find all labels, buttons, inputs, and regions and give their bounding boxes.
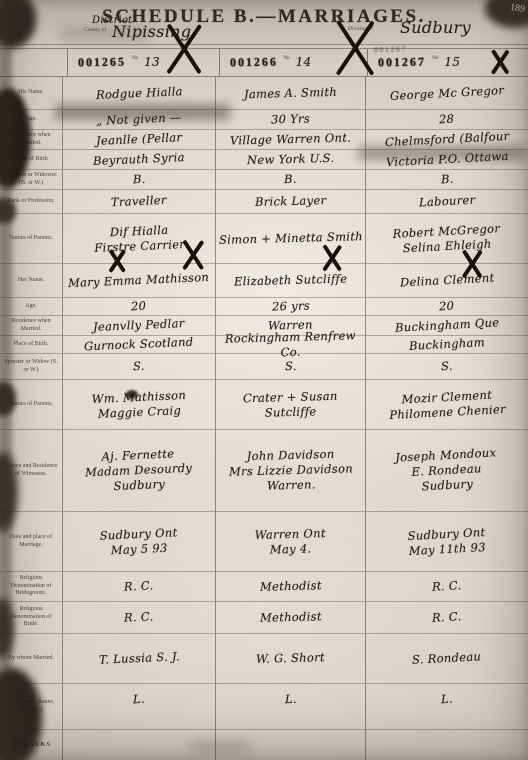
serial-stamp: 001266 (229, 55, 277, 71)
scan-smear (60, 28, 150, 40)
marriage-date-place-record-2: Warren Ont May 4. (215, 512, 365, 572)
her-parents-record-2: Crater + Susan Sutcliffe (215, 380, 365, 430)
spinster-widow-record-3: S. (365, 354, 528, 380)
license-banns-record-3: L. (365, 684, 528, 730)
her-birthplace-record-1: Gurnock Scotland (62, 336, 215, 354)
her-birthplace-record-2: Rockingham Renfrew Co. (215, 336, 365, 354)
no-label: No (132, 56, 138, 61)
married-by-record-1: T. Lussia S. J. (62, 634, 215, 684)
scan-smear (190, 742, 250, 752)
ink-x-mark (180, 238, 206, 272)
no-label: No (284, 56, 290, 61)
her-parents-record-1: Wm. Mathisson Maggie Craig (62, 380, 215, 430)
her-age-record-2: 26 yrs (215, 298, 365, 316)
her-age-record-3: 20 (365, 298, 528, 316)
witnesses-record-3: Joseph Mondoux E. Rondeau Sudbury (365, 430, 528, 512)
witnesses-record-2: John Davidson Mrs Lizzie Davidson Warren… (215, 430, 365, 512)
his-birthplace-record-1: Beyrauth Syria (62, 150, 215, 170)
ink-x-mark (318, 243, 346, 273)
page-header: SCHEDULE B.—MARRIAGES. District County o… (0, 0, 528, 48)
ink-x-mark (330, 16, 380, 80)
her-residence-record-1: Jeanvlly Pedlar (62, 316, 215, 336)
entry-number: 15 (444, 55, 460, 71)
married-by-record-2: W. G. Short (215, 634, 365, 684)
spinster-widow-record-2: S. (215, 354, 365, 380)
scan-smear (55, 104, 230, 120)
no-label: No (432, 56, 438, 61)
his-residence-record-1: Jeanlle (Pellar (62, 130, 215, 150)
denomination-bride-record-1: R. C. (62, 602, 215, 634)
rank-profession-record-3: Labourer (365, 190, 528, 214)
scanned-marriage-register-page: SCHEDULE B.—MARRIAGES. District County o… (0, 0, 528, 760)
denomination-groom-record-3: R. C. (365, 572, 528, 602)
marriage-date-place-record-3: Sudbury Ont May 11th 93 (365, 512, 528, 572)
division-value: Sudbury (400, 18, 471, 39)
denomination-groom-record-1: R. C. (62, 572, 215, 602)
his-age-record-3: 28 (365, 110, 528, 130)
ink-x-mark (160, 20, 208, 78)
corner-page-mark: 189 (509, 2, 525, 15)
marriage-date-place-record-1: Sudbury Ont May 5 93 (62, 512, 215, 572)
her-birthplace-record-3: Buckingham (365, 336, 528, 354)
his-residence-record-2: Village Warren Ont. (215, 130, 365, 150)
her-name-record-3: Delina Clement (365, 264, 528, 298)
register-table: His Name. Rodgue Hialla James A. Smith G… (0, 77, 528, 760)
serial-stamp: 001265 (78, 55, 126, 71)
rank-profession-record-1: Traveller (62, 190, 215, 214)
serial-stamp-row: 001265 No 13 001266 No 14 001267 001267 … (0, 48, 528, 77)
married-by-record-3: S. Rondeau (365, 634, 528, 684)
her-parents-record-3: Mozir Clement Philomene Chenier (365, 380, 528, 430)
spinster-widow-record-1: S. (62, 354, 215, 380)
edge-shadow (0, 0, 12, 760)
her-residence-record-3: Buckingham Que (365, 316, 528, 336)
denomination-bride-record-3: R. C. (365, 602, 528, 634)
his-birthplace-record-2: New York U.S. (215, 150, 365, 170)
rank-profession-record-2: Brick Layer (215, 190, 365, 214)
header-rule (0, 44, 528, 45)
serial-stamp: 001267 (378, 55, 426, 71)
license-banns-record-2: L. (215, 684, 365, 730)
bachelor-widower-record-2: B. (215, 170, 365, 190)
denomination-groom-record-2: Methodist (215, 572, 365, 602)
witnesses-record-1: Aj. Fernette Madam Desourdy Sudbury (62, 430, 215, 512)
his-age-record-2: 30 Yrs (215, 110, 365, 130)
scan-smear (358, 146, 528, 160)
entry-number: 14 (296, 55, 312, 71)
his-name-record-2: James A. Smith (215, 77, 365, 110)
her-age-record-1: 20 (62, 298, 215, 316)
ink-x-mark (458, 248, 486, 280)
ink-blot (126, 390, 138, 399)
his-name-record-3: George Mc Gregor (365, 77, 528, 110)
ink-x-mark (106, 248, 128, 274)
bachelor-widower-record-1: B. (62, 170, 215, 190)
his-parents-record-3: Robert McGregor Selina Ehleigh (365, 214, 528, 264)
bachelor-widower-record-3: B. (365, 170, 528, 190)
ink-x-mark (488, 48, 512, 76)
denomination-bride-record-2: Methodist (215, 602, 365, 634)
entry-number: 13 (144, 55, 160, 71)
remarks-record-3 (365, 730, 528, 760)
license-banns-record-1: L. (62, 684, 215, 730)
